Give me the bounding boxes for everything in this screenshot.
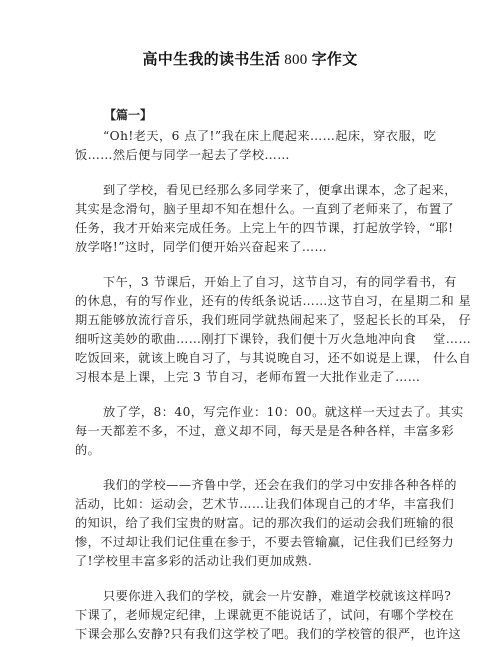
text-line: 放了学，8：40，写完作业：10：00。就这样一天过去了。其实 [103,403,464,422]
text-line: 下午，3 节课后，开始上了自习，这节自习，有的同学看书，有 [103,273,457,292]
text-line: 了!学校里丰富多彩的活动让我们更加成熟. [75,552,312,571]
text-line: 习根本是上课，上完 3 节自习，老师布置一大批作业走了…… [75,368,420,387]
text-line: 只要你进入我们的学校，就会一片安静，难道学校就该这样吗? [103,587,451,606]
text-line: 活动，比如：运动会，艺术节……让我们体现自己的才华，丰富我们 [75,495,454,514]
text-line: 的休息，有的写作业，还有的传纸条说话……这节自习，在星期二和 星 [75,292,471,311]
text-line: 放学咯!”这时，同学们便开始兴奋起来了…… [75,238,327,257]
text-line: 细听这美妙的歌曲……刚打下课铃，我们便十万火急地冲向食 堂…… [75,330,471,349]
text-line: 惨，不过却让我们记住重在参于，不要去管输赢，记住我们已经努力 [75,533,454,552]
document-title: 高中生我的读书生活800字作文 [0,48,500,69]
text-line: 期五能够放流行音乐，我们班同学就热闹起来了，竖起长长的耳朵， 仔 [75,311,471,330]
text-line: “Oh!老天，6 点了!”我在床上爬起来……起床，穿衣服，吃 [103,127,436,146]
text-line: 到了学校，看见已经那么多同学来了，便拿出课本，念了起来， [103,181,457,200]
text-line: 的。 [75,441,100,460]
text-line: 我们的学校——齐鲁中学，还会在我们的学习中安排各种各样的 [103,476,457,495]
text-line: 吃饭回来，就该上晚自习了，与其说晚自习，还不如说是上课， 什么自 [75,349,471,368]
text-line: 的知识，给了我们宝贵的财富。记的那次我们的运动会我们班输的很 [75,514,454,533]
title-text-post: 字作文 [312,50,358,68]
text-line: 每一天都差不多，不过，意义却不同，每天是是各种各样，丰富多彩 [75,422,454,441]
text-line: 饭……然后便与同学一起去了学校…… [75,146,290,165]
title-text-pre: 高中生我的读书生活 [142,50,280,68]
text-line: 任务，我才开始来完成任务。上完上午的四节课，打起放学铃，“耶! [75,219,454,238]
title-word-count: 800 [284,52,307,68]
text-line: 下课了，老师规定纪律，上课就更不能说话了，试问，有哪个学校在 [75,606,454,625]
text-line: 下课会那么安静?只有我们这学校了吧。我们的学校管的很严，也许这 [75,625,461,644]
text-line: 其实是念滑句，脑子里却不知在想什么。一直到了老师来了，布置了 [75,200,454,219]
section-label: 【篇一】 [104,106,152,123]
